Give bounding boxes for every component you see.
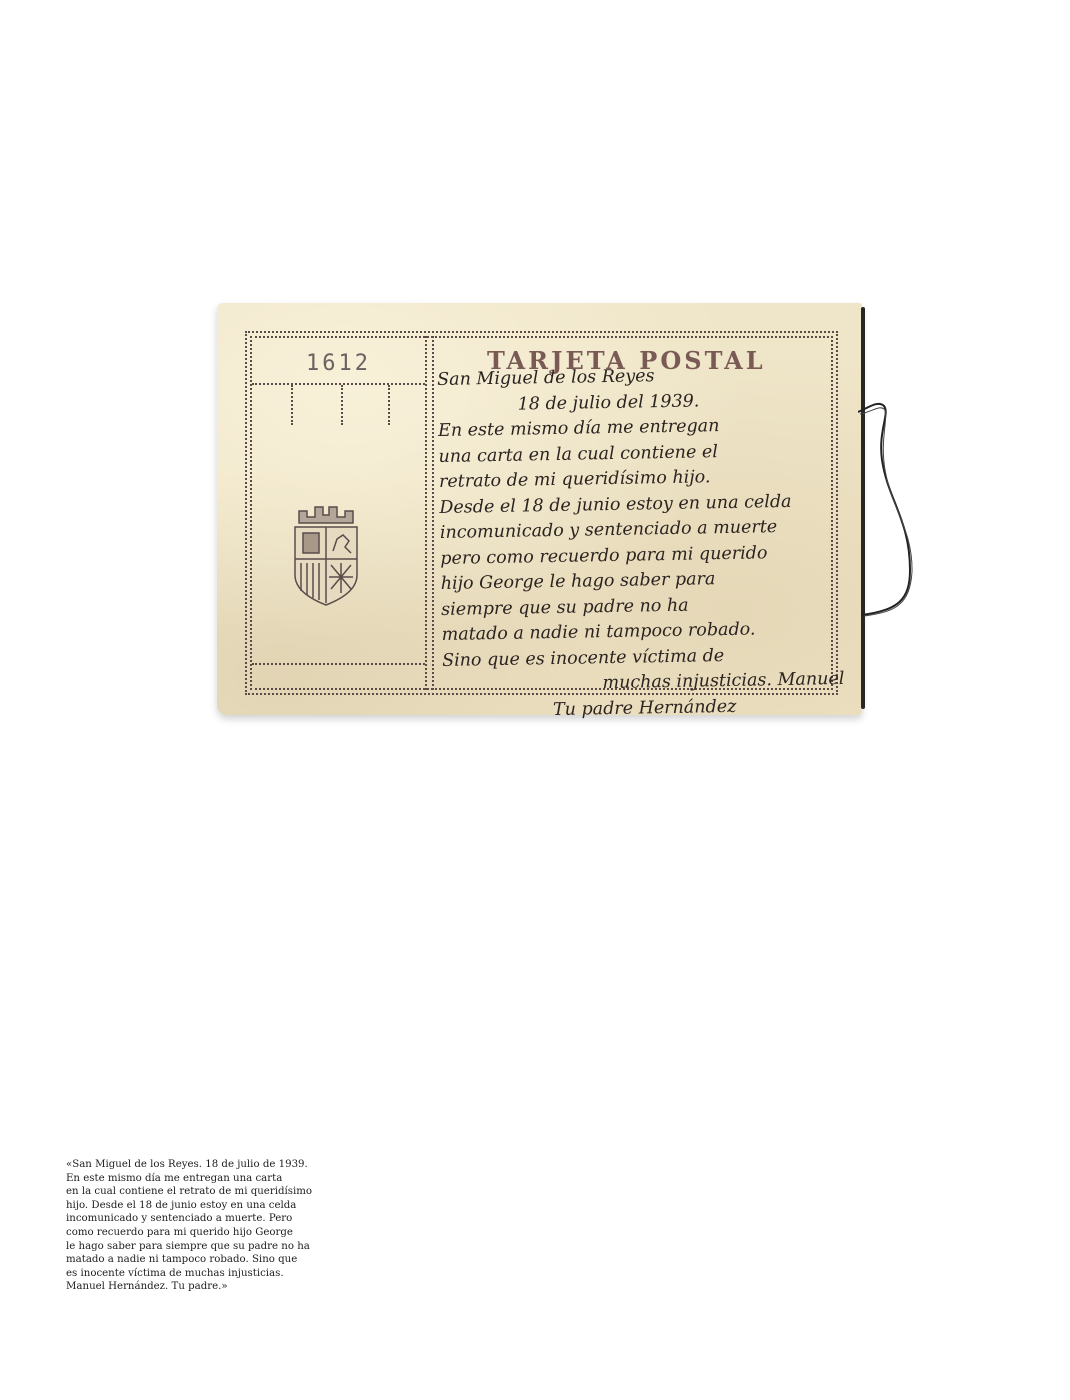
- dotted-rule: [252, 383, 425, 385]
- postcard-image: 1612 TARJETA POSTAL San Miguel de los Re…: [217, 303, 862, 715]
- caption-text: «San Miguel de los Reyes. 18 de julio de…: [66, 1158, 346, 1294]
- caption-line: es inocente víctima de muchas injusticia…: [66, 1267, 346, 1281]
- caption-line: hijo. Desde el 18 de junio estoy en una …: [66, 1199, 346, 1213]
- binding-string: [858, 400, 928, 630]
- coat-of-arms-icon: [281, 493, 371, 613]
- handwritten-message: San Miguel de los Reyes 18 de julio del …: [437, 361, 843, 725]
- caption-line: En este mismo día me entregan una carta: [66, 1172, 346, 1186]
- serial-number: 1612: [252, 351, 425, 376]
- caption-line: como recuerdo para mi querido hijo Georg…: [66, 1226, 346, 1240]
- dotted-divider: [425, 336, 427, 690]
- caption-line: le hago saber para siempre que su padre …: [66, 1240, 346, 1254]
- dotted-tick: [291, 385, 293, 425]
- caption-line: incomunicado y sentenciado a muerte. Per…: [66, 1212, 346, 1226]
- dotted-tick: [388, 385, 390, 425]
- caption-line: en la cual contiene el retrato de mi que…: [66, 1185, 346, 1199]
- caption-line: Manuel Hernández. Tu padre.»: [66, 1280, 346, 1294]
- caption-line: matado a nadie ni tampoco robado. Sino q…: [66, 1253, 346, 1267]
- dotted-rule: [252, 663, 425, 665]
- dotted-divider: [432, 336, 434, 690]
- dotted-tick: [341, 385, 343, 425]
- caption-line: «San Miguel de los Reyes. 18 de julio de…: [66, 1158, 346, 1172]
